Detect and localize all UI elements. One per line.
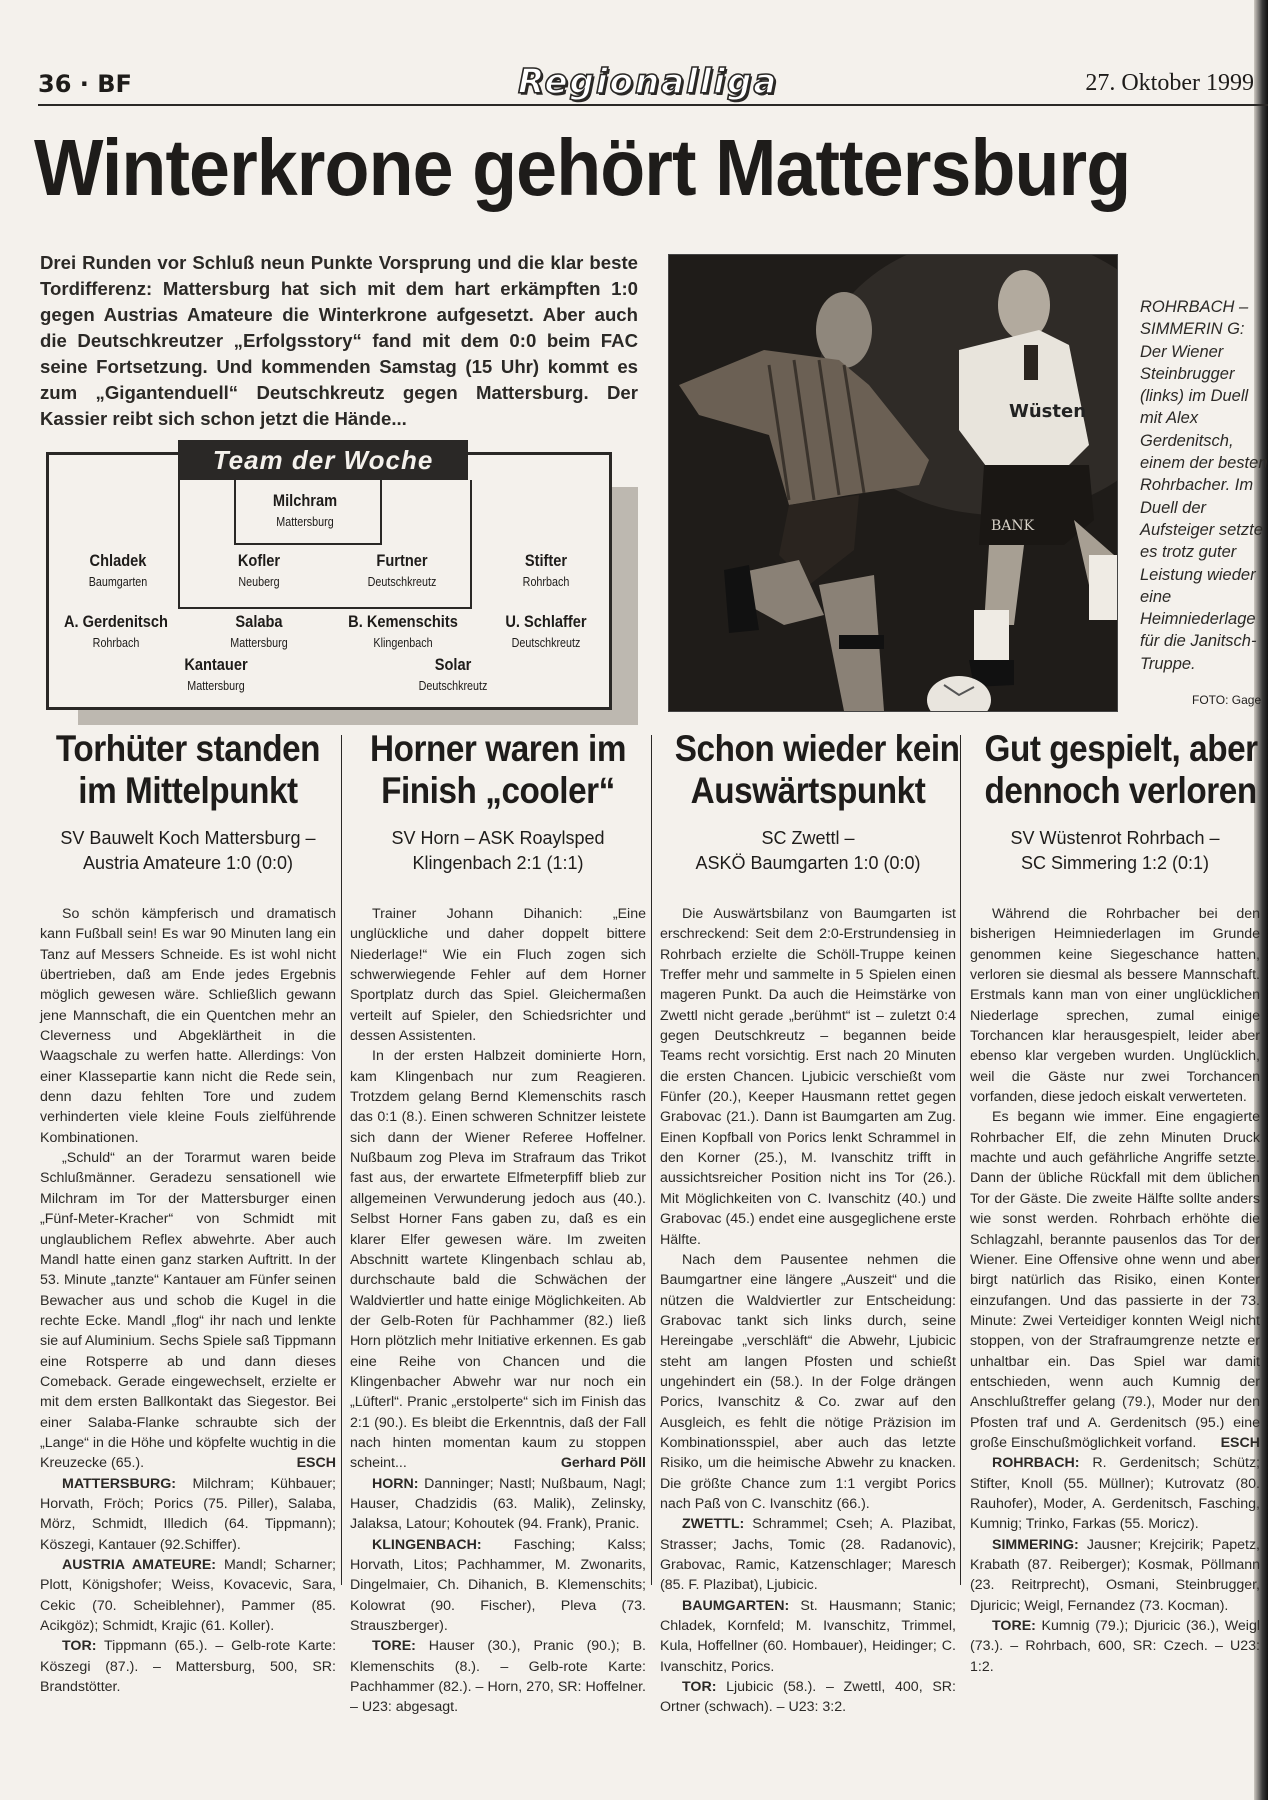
article-paragraph: Während die Rohrbacher bei den bisherige… [970, 904, 1260, 1107]
lineup: HORN: Danninger; Nastl; Nußbaum, Nagl; H… [350, 1474, 646, 1535]
player-name: B. Kemenschits [330, 612, 476, 632]
player-club: Rohrbach [43, 636, 189, 650]
page-number: 36 · BF [38, 70, 132, 98]
match-result: SC Zwettl –ASKÖ Baumgarten 1:0 (0:0) [660, 826, 956, 876]
article-paragraph: In der ersten Halbzeit dominierte Horn, … [350, 1046, 646, 1473]
lineup: ROHRBACH: R. Gerdenitsch; Schütz; Stifte… [970, 1453, 1260, 1534]
team-player: Milchram Mattersburg [220, 491, 390, 529]
article-paragraph: Trainer Johann Dihanich: „Eine unglückli… [350, 904, 646, 1046]
article-body: So schön kämpferisch und dramatisch kann… [40, 904, 336, 1697]
match-facts: TOR: Ljubicic (58.). – Zwettl, 400, SR: … [660, 1677, 956, 1718]
author-signature: Gerhard Pöll [539, 1453, 646, 1473]
player-name: U. Schlaffer [473, 612, 619, 632]
lineup: ZWETTL: Schrammel; Cseh; A. Plazibat, St… [660, 1514, 956, 1595]
article-body: Die Auswärtsbilanz von Baumgarten ist er… [660, 904, 956, 1718]
player-club: Deutschkreutz [380, 679, 526, 693]
player-club: Mattersburg [143, 679, 289, 693]
player-club: Rohrbach [473, 575, 619, 589]
svg-text:Wüsten: Wüsten [1009, 401, 1086, 422]
lineup: KLINGENBACH: Fasching; Kalss; Horvath, L… [350, 1535, 646, 1637]
player-name: Milchram [232, 491, 378, 511]
article-headline: Torhüter standenim Mittelpunkt [55, 728, 321, 812]
match-result: SV Bauwelt Koch Mattersburg –Austria Ama… [40, 826, 336, 876]
player-name: Chladek [45, 551, 191, 571]
article-paragraph: So schön kämpferisch und dramatisch kann… [40, 904, 336, 1148]
player-name: Kofler [186, 551, 332, 571]
team-of-the-week-title: Team der Woche [178, 440, 468, 480]
article-body: Trainer Johann Dihanich: „Eine unglückli… [350, 904, 646, 1718]
photo-caption: ROHRBACH – SIMMERIN G: Der Wiener Steinb… [1140, 296, 1268, 675]
lineup: MATTERSBURG: Milchram; Kühbauer; Horvath… [40, 1474, 336, 1555]
lineup: AUSTRIA AMATEURE: Mandl; Scharner; Plott… [40, 1555, 336, 1636]
section-title: Regionalliga [518, 62, 778, 102]
article-headline: Horner waren imFinish „cooler“ [365, 728, 631, 812]
player-club: Mattersburg [232, 515, 378, 529]
article-headline: Gut gespielt, aberdennoch verloren [985, 728, 1246, 812]
player-club: Deutschkreutz [329, 575, 475, 589]
article-rohrbach: Gut gespielt, aberdennoch verloren SV Wü… [970, 728, 1260, 1677]
lineup: BAUMGARTEN: St. Hausmann; Stanic; Chlade… [660, 1596, 956, 1677]
article-headline: Schon wieder keinAuswärtspunkt [675, 728, 941, 812]
match-result: SV Wüstenrot Rohrbach –SC Simmering 1:2 … [970, 826, 1260, 876]
player-club: Neuberg [186, 575, 332, 589]
author-signature: ESCH [275, 1453, 336, 1473]
team-player: Solar Deutschkreutz [368, 655, 538, 693]
team-player: Kantauer Mattersburg [131, 655, 301, 693]
article-horn: Horner waren imFinish „cooler“ SV Horn –… [350, 728, 646, 1718]
match-result: SV Horn – ASK RoaylspedKlingenbach 2:1 (… [350, 826, 646, 876]
article-body: Während die Rohrbacher bei den bisherige… [970, 904, 1260, 1677]
article-paragraph: Es begann wie immer. Eine engagierte Roh… [970, 1107, 1260, 1453]
match-facts: TORE: Kumnig (79.); Djuricic (36.), Weig… [970, 1616, 1260, 1677]
football-players-photo-icon: Wüsten BANK [669, 255, 1117, 711]
player-name: Stifter [473, 551, 619, 571]
intro-paragraph: Drei Runden vor Schluß neun Punkte Vorsp… [40, 250, 638, 432]
player-club: Baumgarten [45, 575, 191, 589]
svg-text:BANK: BANK [991, 518, 1035, 534]
article-mattersburg: Torhüter standenim Mittelpunkt SV Bauwel… [40, 728, 336, 1697]
player-name: Furtner [329, 551, 475, 571]
player-name: Solar [380, 655, 526, 675]
match-facts: TOR: Tippmann (65.). – Gelb-rote Karte: … [40, 1636, 336, 1697]
main-headline: Winterkrone gehört Mattersburg [34, 122, 1130, 214]
article-paragraph: Nach dem Pausentee nehmen die Baumgartne… [660, 1250, 956, 1514]
match-facts: TORE: Hauser (30.), Pranic (90.); B. Kle… [350, 1636, 646, 1717]
player-name: Kantauer [143, 655, 289, 675]
article-paragraph: „Schuld“ an der Torarmut waren beide Sch… [40, 1148, 336, 1474]
player-club: Klingenbach [330, 636, 476, 650]
player-name: Salaba [186, 612, 332, 632]
column-divider [651, 735, 652, 1585]
issue-date: 27. Oktober 1999 [1085, 70, 1254, 97]
photo-credit: FOTO: Gage [1192, 693, 1261, 707]
lineup: SIMMERING: Jausner; Krejcirik; Papetz, K… [970, 1535, 1260, 1616]
article-zwettl: Schon wieder keinAuswärtspunkt SC Zwettl… [660, 728, 956, 1718]
team-player: U. Schlaffer Deutschkreutz [461, 612, 631, 650]
author-signature: ESCH [1199, 1433, 1260, 1453]
column-divider [960, 735, 961, 1585]
article-paragraph: Die Auswärtsbilanz von Baumgarten ist er… [660, 904, 956, 1250]
player-name: A. Gerdenitsch [43, 612, 189, 632]
match-photo: Wüsten BANK [668, 254, 1118, 712]
column-divider [341, 735, 342, 1585]
player-club: Mattersburg [186, 636, 332, 650]
team-player: Stifter Rohrbach [461, 551, 631, 589]
page-header: 36 · BF Regionalliga 27. Oktober 1999 [38, 62, 1268, 106]
player-club: Deutschkreutz [473, 636, 619, 650]
